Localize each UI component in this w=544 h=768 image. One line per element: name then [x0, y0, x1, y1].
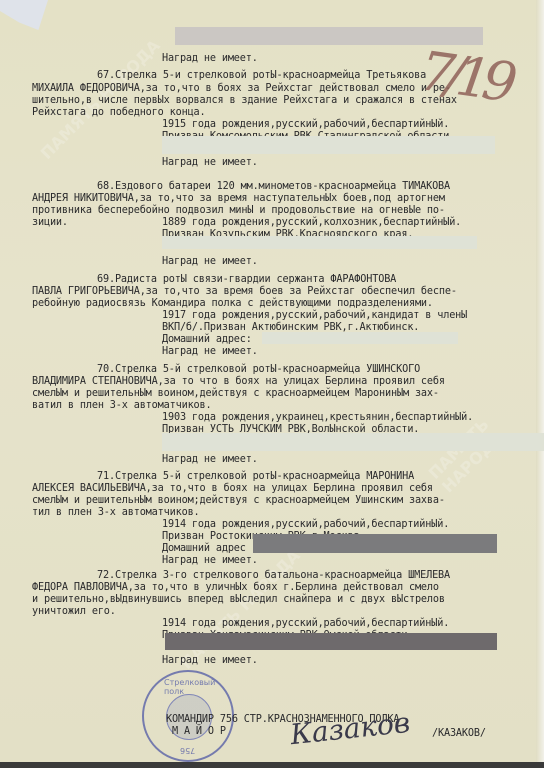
entry-67-line-2: МИХАИЛА ФЕДОРОВИЧА,за то,что в боях за Р… — [32, 83, 451, 95]
award-status: Наград не имеет. — [162, 53, 258, 65]
entry-67-line-3: шительно,в числе первЫх ворвался в здани… — [32, 95, 457, 107]
entry-70-line-2: ВЛАДИМИРА СТЕПАНОВИЧА,за то что в боях н… — [32, 376, 445, 388]
stamp-text: Стрелковый полк — [164, 678, 232, 696]
entry-71-line-4: тил в плен 3-х автоматчиков. — [32, 507, 200, 519]
entry-69-bio-1: 1917 года рождения,русский,рабочий,канди… — [162, 310, 467, 322]
entry-71-award: Наград не имеет. — [162, 555, 258, 567]
entry-67-line-1: 67.Стрелка 5-и стрелковой ротЫ-красноарм… — [97, 70, 426, 82]
entry-68-line-4: зиции. — [32, 217, 68, 229]
entry-68-line-3: противника бесперебойно подвозил минЫ и … — [32, 205, 445, 217]
entry-67-award: Наград не имеет. — [162, 157, 258, 169]
entry-68-line-1: 68.Ездового батареи 120 мм.минометов-кра… — [97, 181, 450, 193]
redacted-address — [162, 433, 544, 451]
redacted-address — [162, 236, 477, 249]
entry-72-line-2: ФЕДОРА ПАВЛОВИЧА,за то,что в уличнЫх боя… — [32, 582, 439, 594]
entry-72-line-3: и решительно,вЫдвинувшись вперед вЫследи… — [32, 594, 445, 606]
entry-69-line-2: ПАВЛА ГРИГОРЬЕВИЧА,за то,что за время бо… — [32, 286, 457, 298]
redacted-address — [165, 633, 497, 650]
entry-72-line-4: уничтожил его. — [32, 606, 116, 618]
entry-71-line-1: 71.Стрелка 5-й стрелковой ротЫ-красноарм… — [97, 471, 414, 483]
entry-72-award: Наград не имеет. — [162, 655, 258, 667]
redacted-address — [253, 534, 497, 553]
page-edge — [536, 0, 544, 768]
handwritten-page-number: 7/19 — [416, 39, 513, 114]
stamp-number: 756 — [180, 746, 195, 755]
signature: Казаков — [289, 706, 412, 751]
entry-71-line-3: смелЫм и решительнЫм воином;действуя с к… — [32, 495, 445, 507]
entry-69-line-3: ребойную радиосвязь Командира полка с де… — [32, 298, 433, 310]
document-page: ПАМЯТЬ НАРОДА ПАМЯТЬ НАРОДА ПАМЯТЬ НАРОД… — [0, 0, 544, 768]
commander-name: /КАЗАКОВ/ — [432, 728, 486, 740]
entry-70-bio-1: 1903 года рождения,украинец,крестьянин,б… — [162, 412, 473, 424]
entry-69-bio-3: Домашний адрес: — [162, 334, 252, 346]
entry-69-award: Наград не имеет. — [162, 346, 258, 358]
redacted-address — [162, 136, 495, 154]
entry-70-line-3: смелЫм и решительнЫм воином,действуя с к… — [32, 388, 439, 400]
entry-67-bio-1: 1915 года рождения,русский,рабочий,беспа… — [162, 119, 449, 131]
commander-rank: М А Й О Р — [172, 726, 226, 738]
entry-68-award: Наград не имеет. — [162, 256, 258, 268]
redacted-address — [262, 332, 458, 344]
entry-70-award: Наград не имеет. — [162, 454, 258, 466]
page-bottom-edge — [0, 762, 544, 768]
entry-71-bio-1: 1914 года рождения,русский,рабочий,беспа… — [162, 519, 449, 531]
entry-72-bio-1: 1914 года рождения,русский,рабочий,беспа… — [162, 618, 449, 630]
entry-67-line-4: Рейхстага до победного конца. — [32, 107, 206, 119]
entry-69-line-1: 69.Радиста ротЫ связи-гвардии сержанта Ф… — [97, 274, 396, 286]
entry-72-line-1: 72.Стрелка 3-го стрелкового батальона-кр… — [97, 570, 450, 582]
entry-70-line-1: 70.Стрелка 5-й стрелковой ротЫ-красноарм… — [97, 364, 420, 376]
entry-71-bio-3: Домашний адрес — [162, 543, 246, 555]
entry-71-line-2: АЛЕКСЕЯ ВАСИЛЬЕВИЧА,за то,что в боях на … — [32, 483, 433, 495]
torn-corner — [0, 0, 48, 50]
entry-68-bio-1: 1889 года рождения,русский,колхозник,бес… — [162, 217, 461, 229]
entry-68-line-2: АНДРЕЯ НИКИТОВИЧА,за то,что за время нас… — [32, 193, 445, 205]
entry-70-line-4: ватил в плен 3-х автоматчиков. — [32, 400, 212, 412]
